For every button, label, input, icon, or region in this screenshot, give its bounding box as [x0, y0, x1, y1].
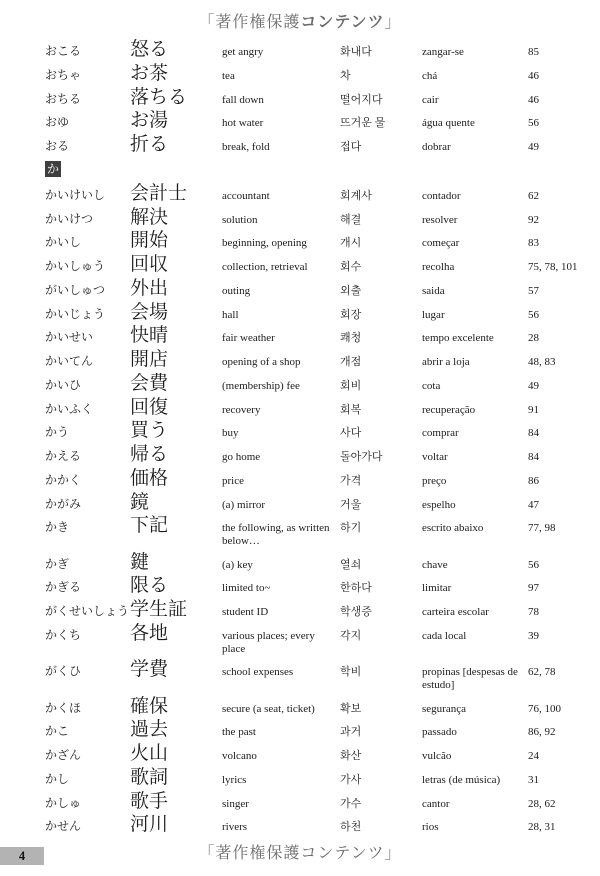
meaning-portuguese: rios: [422, 821, 528, 834]
meaning-english: student ID: [222, 605, 340, 619]
meaning-korean: 하천: [340, 821, 422, 834]
word-kanji: 会費: [130, 374, 222, 393]
word-kanji: 歌手: [130, 792, 222, 811]
meaning-korean: 회비: [340, 380, 422, 393]
page-references: 78: [528, 606, 578, 620]
word-kanji: 回収: [130, 255, 222, 274]
meaning-korean: 개시: [340, 237, 422, 250]
reading-hiragana: かしゅ: [45, 796, 130, 810]
word-kanji: お茶: [130, 64, 222, 83]
meaning-portuguese: passado: [422, 726, 528, 739]
page-references: 49: [528, 380, 578, 394]
page-references: 62: [528, 190, 578, 204]
reading-hiragana: かう: [45, 425, 130, 439]
word-kanji: 折る: [130, 135, 222, 154]
meaning-portuguese: cada local: [422, 630, 528, 643]
meaning-english: the past: [222, 725, 340, 739]
word-kanji: 下記: [130, 516, 222, 535]
meaning-korean: 가수: [340, 798, 422, 811]
page-number-box: 4: [0, 847, 44, 865]
page-references: 85: [528, 46, 578, 60]
meaning-portuguese: água quente: [422, 117, 528, 130]
meaning-korean: 화산: [340, 750, 422, 763]
section-kana-badge: か: [45, 161, 61, 177]
meaning-english: (a) key: [222, 558, 340, 572]
meaning-korean: 하기: [340, 522, 422, 535]
meaning-english: fall down: [222, 93, 340, 107]
meaning-korean: 회수: [340, 261, 422, 274]
meaning-english: volcano: [222, 749, 340, 763]
meaning-english: (a) mirror: [222, 498, 340, 512]
reading-hiragana: かいふく: [45, 402, 130, 416]
vocab-row: かいじょう 会場 hall 회장 lugar 56: [45, 303, 600, 323]
vocab-row: かせん 河川 rivers 하천 rios 28, 31: [45, 815, 600, 835]
page-references: 76, 100: [528, 703, 578, 717]
meaning-english: outing: [222, 284, 340, 298]
reading-hiragana: かき: [45, 520, 130, 534]
vocabulary-table: おこる 怒る get angry 화내다 zangar-se 85 おちゃ お茶…: [0, 40, 600, 835]
page-references: 75, 78, 101: [528, 261, 578, 275]
page-references: 28, 31: [528, 821, 578, 835]
meaning-korean: 회복: [340, 404, 422, 417]
meaning-portuguese: resolver: [422, 214, 528, 227]
meaning-portuguese: segurança: [422, 703, 528, 716]
meaning-english: solution: [222, 213, 340, 227]
meaning-english: break, fold: [222, 140, 340, 154]
watermark-emphasis: コンテンツ: [300, 845, 384, 862]
word-kanji: 快晴: [130, 326, 222, 345]
reading-hiragana: がくひ: [45, 664, 130, 678]
meaning-english: recovery: [222, 403, 340, 417]
vocab-row: かし 歌詞 lyrics 가사 letras (de música) 31: [45, 768, 600, 788]
reading-hiragana: かいしゅう: [45, 259, 130, 273]
meaning-portuguese: começar: [422, 237, 528, 250]
vocab-row: かぎ 鍵 (a) key 열쇠 chave 56: [45, 553, 600, 573]
page-references: 46: [528, 70, 578, 84]
meaning-english: lyrics: [222, 773, 340, 787]
word-kanji: 確保: [130, 697, 222, 716]
word-kanji: 歌詞: [130, 768, 222, 787]
reading-hiragana: おる: [45, 139, 130, 153]
meaning-english: secure (a seat, ticket): [222, 702, 340, 716]
meaning-portuguese: vulcão: [422, 750, 528, 763]
word-kanji: 怒る: [130, 40, 222, 59]
vocab-row: かざん 火山 volcano 화산 vulcão 24: [45, 744, 600, 764]
vocab-row: かいしゅう 回収 collection, retrieval 회수 recolh…: [45, 255, 600, 275]
meaning-english: buy: [222, 426, 340, 440]
meaning-korean: 쾌청: [340, 332, 422, 345]
meaning-korean: 각지: [340, 630, 422, 643]
reading-hiragana: がくせいしょう: [45, 604, 130, 618]
vocab-row: かいせい 快晴 fair weather 쾌청 tempo excelente …: [45, 326, 600, 346]
meaning-korean: 거울: [340, 499, 422, 512]
page-references: 77, 98: [528, 522, 578, 536]
vocab-row: かがみ 鏡 (a) mirror 거울 espelho 47: [45, 493, 600, 513]
word-kanji: 過去: [130, 720, 222, 739]
meaning-portuguese: escrito abaixo: [422, 522, 528, 535]
meaning-korean: 해결: [340, 214, 422, 227]
reading-hiragana: おちゃ: [45, 68, 130, 82]
reading-hiragana: かえる: [45, 449, 130, 463]
meaning-english: go home: [222, 450, 340, 464]
meaning-korean: 학비: [340, 666, 422, 679]
vocab-row: がくひ 学費 school expenses 학비 propinas [desp…: [45, 660, 600, 692]
meaning-portuguese: zangar-se: [422, 46, 528, 59]
page-references: 48, 83: [528, 356, 578, 370]
page-references: 56: [528, 559, 578, 573]
page-references: 46: [528, 94, 578, 108]
word-kanji: 価格: [130, 469, 222, 488]
meaning-english: accountant: [222, 189, 340, 203]
word-kanji: 会計士: [130, 184, 222, 203]
reading-hiragana: かいてん: [45, 354, 130, 368]
reading-hiragana: かいじょう: [45, 307, 130, 321]
reading-hiragana: かかく: [45, 473, 130, 487]
meaning-english: hall: [222, 308, 340, 322]
reading-hiragana: かいけいし: [45, 188, 130, 202]
reading-hiragana: かぎ: [45, 557, 130, 571]
meaning-english: opening of a shop: [222, 355, 340, 369]
meaning-portuguese: chá: [422, 70, 528, 83]
meaning-portuguese: espelho: [422, 499, 528, 512]
reading-hiragana: かせん: [45, 819, 130, 833]
vocab-row: かいふく 回復 recovery 회복 recuperação 91: [45, 398, 600, 418]
watermark-suffix: 」: [385, 845, 402, 862]
meaning-korean: 가격: [340, 475, 422, 488]
meaning-portuguese: comprar: [422, 427, 528, 440]
page-references: 84: [528, 427, 578, 441]
meaning-korean: 확보: [340, 703, 422, 716]
meaning-english: beginning, opening: [222, 236, 340, 250]
reading-hiragana: かがみ: [45, 497, 130, 511]
reading-hiragana: かいけつ: [45, 212, 130, 226]
meaning-korean: 회장: [340, 309, 422, 322]
meaning-portuguese: tempo excelente: [422, 332, 528, 345]
header-copyright-watermark: 「著作権保護コンテンツ」: [0, 0, 600, 32]
meaning-portuguese: chave: [422, 559, 528, 572]
meaning-korean: 한하다: [340, 582, 422, 595]
meaning-portuguese: saida: [422, 285, 528, 298]
page-references: 83: [528, 237, 578, 251]
vocab-row: かくほ 確保 secure (a seat, ticket) 확보 segura…: [45, 697, 600, 717]
meaning-portuguese: preço: [422, 475, 528, 488]
meaning-english: various places; every place: [222, 629, 340, 656]
page-references: 86, 92: [528, 726, 578, 740]
watermark-prefix: 「著作権保護: [198, 845, 300, 862]
vocab-row: かき 下記 the following, as written below… 하…: [45, 516, 600, 548]
reading-hiragana: かくち: [45, 628, 130, 642]
meaning-korean: 화내다: [340, 46, 422, 59]
page-references: 49: [528, 141, 578, 155]
word-kanji: 各地: [130, 624, 222, 643]
watermark-suffix: 」: [385, 14, 402, 31]
meaning-portuguese: contador: [422, 190, 528, 203]
page-number: 4: [19, 849, 25, 864]
word-kanji: 帰る: [130, 445, 222, 464]
reading-hiragana: かくほ: [45, 701, 130, 715]
meaning-english: the following, as written below…: [222, 521, 340, 548]
page-references: 97: [528, 582, 578, 596]
reading-hiragana: かいし: [45, 235, 130, 249]
meaning-english: price: [222, 474, 340, 488]
meaning-english: (membership) fee: [222, 379, 340, 393]
meaning-korean: 접다: [340, 141, 422, 154]
watermark-emphasis: コンテンツ: [300, 14, 384, 31]
page-references: 24: [528, 750, 578, 764]
word-kanji: 限る: [130, 576, 222, 595]
meaning-english: fair weather: [222, 331, 340, 345]
vocab-row: おる 折る break, fold 접다 dobrar 49: [45, 135, 600, 155]
page-references: 31: [528, 774, 578, 788]
meaning-portuguese: lugar: [422, 309, 528, 322]
vocab-row: おゆ お湯 hot water 뜨거운 물 água quente 56: [45, 111, 600, 131]
vocab-row: かこ 過去 the past 과거 passado 86, 92: [45, 720, 600, 740]
word-kanji: 河川: [130, 815, 222, 834]
meaning-portuguese: voltar: [422, 451, 528, 464]
meaning-english: singer: [222, 797, 340, 811]
word-kanji: 学費: [130, 660, 222, 679]
word-kanji: 買う: [130, 421, 222, 440]
meaning-korean: 돌아가다: [340, 451, 422, 464]
reading-hiragana: おちる: [45, 92, 130, 106]
vocab-row: かしゅ 歌手 singer 가수 cantor 28, 62: [45, 792, 600, 812]
page-references: 28, 62: [528, 798, 578, 812]
meaning-korean: 외출: [340, 285, 422, 298]
meaning-korean: 회계사: [340, 190, 422, 203]
page-references: 56: [528, 309, 578, 323]
meaning-english: tea: [222, 69, 340, 83]
word-kanji: 火山: [130, 744, 222, 763]
meaning-english: collection, retrieval: [222, 260, 340, 274]
word-kanji: 鏡: [130, 493, 222, 512]
page-references: 84: [528, 451, 578, 465]
vocab-row: かいてん 開店 opening of a shop 개점 abrir a loj…: [45, 350, 600, 370]
word-kanji: 学生証: [130, 600, 222, 619]
vocab-row: がいしゅつ 外出 outing 외출 saida 57: [45, 279, 600, 299]
watermark-prefix: 「著作権保護: [198, 14, 300, 31]
reading-hiragana: がいしゅつ: [45, 283, 130, 297]
meaning-korean: 사다: [340, 427, 422, 440]
page-references: 57: [528, 285, 578, 299]
reading-hiragana: かざん: [45, 748, 130, 762]
page-references: 62, 78: [528, 666, 578, 680]
meaning-english: limited to~: [222, 581, 340, 595]
meaning-portuguese: recuperação: [422, 404, 528, 417]
meaning-korean: 가사: [340, 774, 422, 787]
page-references: 92: [528, 214, 578, 228]
page-references: 86: [528, 475, 578, 489]
meaning-english: hot water: [222, 116, 340, 130]
meaning-english: school expenses: [222, 665, 340, 679]
reading-hiragana: かこ: [45, 724, 130, 738]
reading-hiragana: かいせい: [45, 330, 130, 344]
vocab-row: おちゃ お茶 tea 차 chá 46: [45, 64, 600, 84]
meaning-portuguese: propinas [despesas de estudo]: [422, 666, 528, 692]
word-kanji: 解決: [130, 208, 222, 227]
vocab-row: おちる 落ちる fall down 떨어지다 cair 46: [45, 88, 600, 108]
meaning-english: get angry: [222, 45, 340, 59]
meaning-portuguese: carteira escolar: [422, 606, 528, 619]
word-kanji: 外出: [130, 279, 222, 298]
reading-hiragana: おこる: [45, 44, 130, 58]
word-kanji: 会場: [130, 303, 222, 322]
meaning-korean: 뜨거운 물: [340, 117, 422, 130]
vocab-row: おこる 怒る get angry 화내다 zangar-se 85: [45, 40, 600, 60]
meaning-portuguese: cantor: [422, 798, 528, 811]
meaning-korean: 열쇠: [340, 559, 422, 572]
reading-hiragana: かいひ: [45, 378, 130, 392]
word-kanji: お湯: [130, 111, 222, 130]
meaning-korean: 개점: [340, 356, 422, 369]
vocab-row: かえる 帰る go home 돌아가다 voltar 84: [45, 445, 600, 465]
reading-hiragana: かぎる: [45, 580, 130, 594]
meaning-portuguese: cair: [422, 94, 528, 107]
vocab-row: がくせいしょう 学生証 student ID 학생증 carteira esco…: [45, 600, 600, 620]
page-references: 47: [528, 499, 578, 513]
meaning-portuguese: recolha: [422, 261, 528, 274]
vocab-row: かう 買う buy 사다 comprar 84: [45, 421, 600, 441]
page-references: 56: [528, 117, 578, 131]
word-kanji: 落ちる: [130, 88, 222, 107]
meaning-portuguese: letras (de música): [422, 774, 528, 787]
meaning-portuguese: limitar: [422, 582, 528, 595]
vocab-row: かいけいし 会計士 accountant 회계사 contador 62: [45, 184, 600, 204]
vocab-row: かいけつ 解決 solution 해결 resolver 92: [45, 208, 600, 228]
vocab-row: かかく 価格 price 가격 preço 86: [45, 469, 600, 489]
meaning-korean: 학생증: [340, 606, 422, 619]
meaning-portuguese: dobrar: [422, 141, 528, 154]
vocab-row: かいひ 会費 (membership) fee 회비 cota 49: [45, 374, 600, 394]
page-references: 39: [528, 630, 578, 644]
meaning-portuguese: abrir a loja: [422, 356, 528, 369]
vocab-row: かくち 各地 various places; every place 각지 ca…: [45, 624, 600, 656]
section-divider-row: か: [45, 161, 600, 177]
footer-copyright-watermark: 「著作権保護コンテンツ」: [0, 840, 600, 863]
meaning-english: rivers: [222, 820, 340, 834]
meaning-korean: 차: [340, 70, 422, 83]
meaning-portuguese: cota: [422, 380, 528, 393]
vocab-row: かいし 開始 beginning, opening 개시 começar 83: [45, 231, 600, 251]
word-kanji: 開店: [130, 350, 222, 369]
word-kanji: 鍵: [130, 553, 222, 572]
word-kanji: 回復: [130, 398, 222, 417]
word-kanji: 開始: [130, 231, 222, 250]
vocab-row: かぎる 限る limited to~ 한하다 limitar 97: [45, 576, 600, 596]
page-references: 28: [528, 332, 578, 346]
meaning-korean: 떨어지다: [340, 94, 422, 107]
reading-hiragana: おゆ: [45, 115, 130, 129]
page-references: 91: [528, 404, 578, 418]
meaning-korean: 과거: [340, 726, 422, 739]
reading-hiragana: かし: [45, 772, 130, 786]
